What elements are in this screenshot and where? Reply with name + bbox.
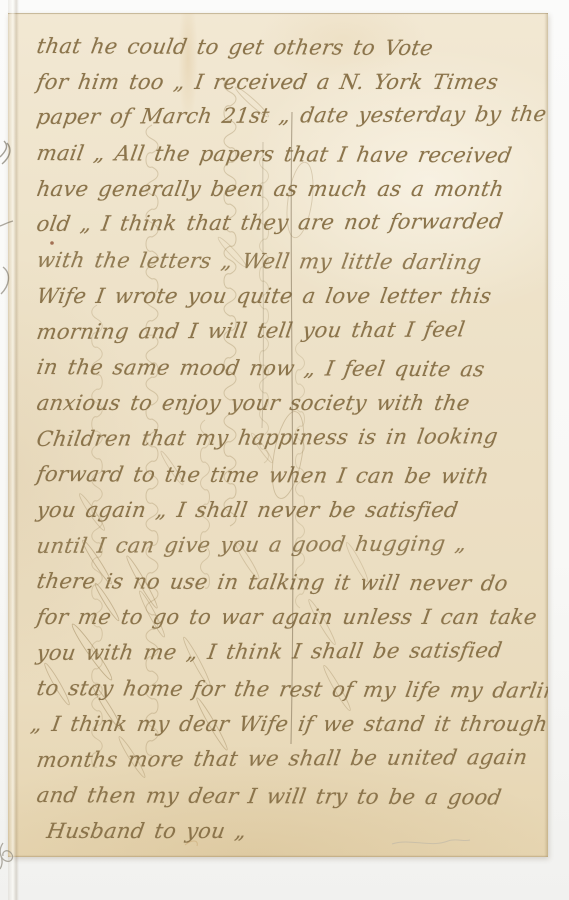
letter-line: Children that my happiness is in looking bbox=[34, 422, 540, 458]
letter-line: Husband to you „ bbox=[44, 814, 540, 850]
letter-line: „ I think my dear Wife if we stand it th… bbox=[28, 707, 540, 743]
letter-line: forward to the time when I can be with bbox=[34, 457, 540, 493]
fold-crease bbox=[8, 0, 19, 900]
letter-line: in the same mood now „ I feel quite as bbox=[34, 350, 540, 386]
letter-line: you again „ I shall never be satisfied bbox=[34, 493, 540, 529]
letter-line: old „ I think that they are not forwarde… bbox=[34, 207, 540, 243]
letter-line: to stay home for the rest of my life my … bbox=[34, 671, 540, 707]
letter-line: for me to go to war again unless I can t… bbox=[34, 600, 540, 636]
letter-line: with the letters „ Well my little darlin… bbox=[34, 243, 540, 279]
letter-line: mail „ All the papers that I have receiv… bbox=[34, 136, 540, 172]
letter-line: there is no use in talking it will never… bbox=[34, 564, 540, 600]
letter-line: morning and I will tell you that I feel bbox=[34, 315, 540, 351]
letter-line: months more that we shall be united agai… bbox=[34, 743, 540, 779]
letter-line: anxious to enjoy your society with the bbox=[34, 386, 540, 422]
letter-line: and then my dear I will try to be a good bbox=[34, 778, 540, 814]
letter-line: Wife I wrote you quite a love letter thi… bbox=[34, 279, 540, 315]
letter-line: that he could to get others to Vote bbox=[34, 29, 540, 65]
letter-page: that he could to get others to Vote for … bbox=[8, 13, 548, 857]
letter-line: have generally been as much as a month bbox=[34, 172, 540, 208]
letter-line: until I can give you a good hugging „ bbox=[34, 529, 540, 565]
letter-line: for him too „ I received a N. York Times bbox=[34, 65, 540, 101]
letter-line: you with me „ I think I shall be satisfi… bbox=[34, 636, 540, 672]
letter-body: that he could to get others to Vote for … bbox=[34, 29, 540, 857]
letter-line: paper of March 21st „ date yesterday by … bbox=[34, 100, 540, 136]
